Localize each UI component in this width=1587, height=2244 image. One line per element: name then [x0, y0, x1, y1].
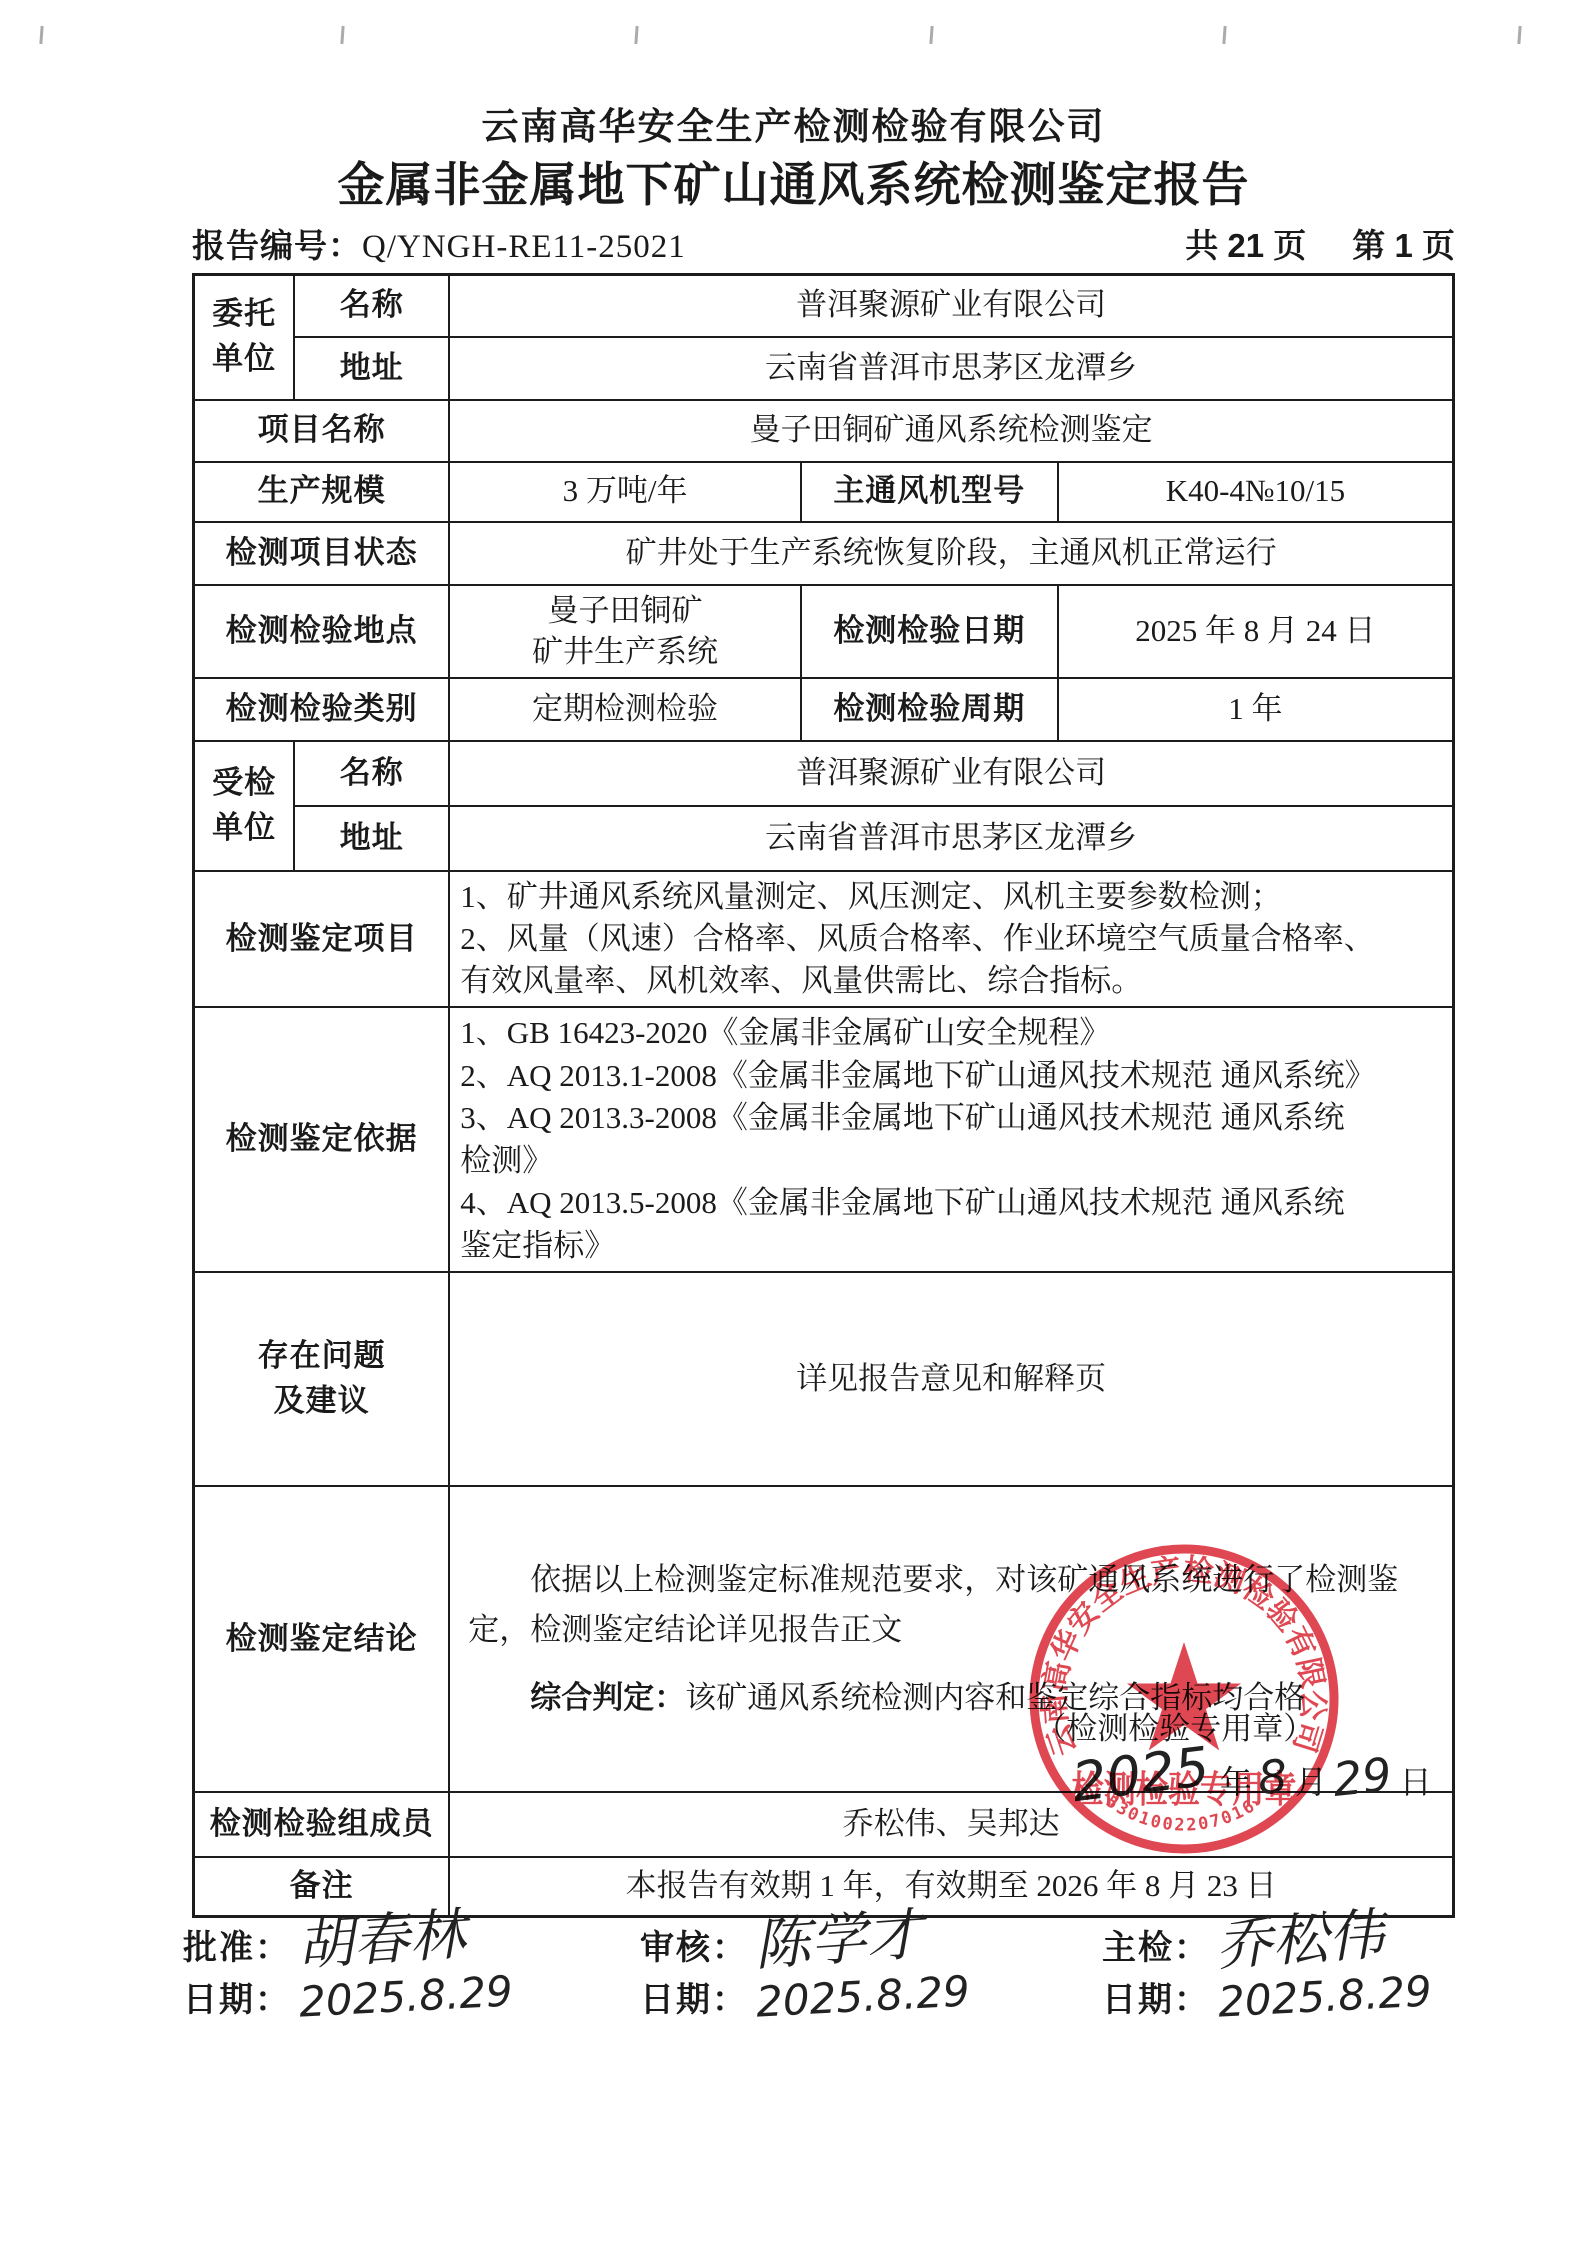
approve-signature-handwritten: 胡春林: [294, 1890, 467, 1982]
basis-label: 检测鉴定依据: [194, 1007, 450, 1272]
inspected-unit-label-line2: 单位: [205, 806, 283, 851]
scale-value: 3 万吨/年: [449, 462, 801, 522]
basis-line2: 2、AQ 2013.1-2008《金属非金属地下矿山通风技术规范 通风系统》: [460, 1055, 1442, 1098]
basis-line5: 4、AQ 2013.5-2008《金属非金属地下矿山通风技术规范 通风系统: [460, 1182, 1442, 1225]
chief-signature-handwritten: 乔松伟: [1213, 1890, 1386, 1982]
seal-date-day-char: 日: [1400, 1761, 1432, 1803]
conclusion-label: 检测鉴定结论: [194, 1486, 450, 1792]
scan-tick: [929, 26, 933, 44]
row-project-name: 项目名称 曼子田铜矿通风系统检测鉴定: [194, 400, 1454, 462]
signature-block: 批准： 胡春林 日期： 2025.8.29 审核： 陈学才 日期： 2025.8…: [0, 1896, 1587, 2116]
conclusion-value: 依据以上检测鉴定标准规范要求，对该矿通风系统进行了检测鉴定，检测鉴定结论详见报告…: [449, 1486, 1453, 1792]
location-label: 检测检验地点: [194, 585, 450, 679]
scan-tick: [39, 26, 43, 44]
report-form-table: 委托 单位 名称 普洱聚源矿业有限公司 地址 云南省普洱市思茅区龙潭乡 项目名称…: [192, 273, 1455, 1918]
client-unit-label-line2: 单位: [205, 337, 283, 382]
project-name-label: 项目名称: [194, 400, 450, 462]
scan-tick: [340, 26, 344, 44]
client-name-label: 名称: [294, 275, 449, 337]
client-name-value: 普洱聚源矿业有限公司: [449, 275, 1453, 337]
problems-value: 详见报告意见和解释页: [449, 1272, 1453, 1486]
review-signature-handwritten: 陈学才: [751, 1890, 924, 1982]
seal-date-month-char: 月: [1295, 1761, 1327, 1803]
current-page: 第 1 页: [1352, 220, 1455, 267]
location-line2: 矿井生产系统: [460, 631, 790, 673]
client-unit-label: 委托 单位: [194, 275, 295, 400]
status-value: 矿井处于生产系统恢复阶段，主通风机正常运行: [449, 522, 1453, 585]
inspected-name-label: 名称: [294, 741, 449, 806]
inspected-address-value: 云南省普洱市思茅区龙潭乡: [449, 806, 1453, 871]
report-number: 报告编号： Q/YNGH-RE11-25021: [192, 220, 686, 267]
chief-date-handwritten: 2025.8.29: [1217, 1966, 1433, 2026]
row-conclusion: 检测鉴定结论 依据以上检测鉴定标准规范要求，对该矿通风系统进行了检测鉴定，检测鉴…: [194, 1486, 1454, 1792]
report-number-value: Q/YNGH-RE11-25021: [362, 229, 686, 266]
basis-line4: 检测》: [460, 1140, 1442, 1183]
fan-model-value: K40-4№10/15: [1058, 462, 1454, 522]
inspected-name-value: 普洱聚源矿业有限公司: [449, 741, 1453, 806]
category-label: 检测检验类别: [194, 678, 450, 741]
review-date-label: 日期：: [640, 1972, 748, 2021]
total-pages: 共 21 页: [1185, 220, 1306, 267]
client-address-label: 地址: [294, 337, 449, 400]
inspected-unit-label: 受检 单位: [194, 741, 295, 871]
chief-inspector-signature-group: 主检： 乔松伟 日期： 2025.8.29: [1102, 1896, 1432, 2021]
cycle-label: 检测检验周期: [801, 678, 1058, 741]
inspected-unit-label-line1: 受检: [205, 761, 283, 806]
seal-date-month-handwritten: 8: [1255, 1746, 1289, 1809]
row-scale-fan: 生产规模 3 万吨/年 主通风机型号 K40-4№10/15: [194, 462, 1454, 522]
basis-line1: 1、GB 16423-2020《金属非金属矿山安全规程》: [460, 1012, 1442, 1055]
review-label: 审核：: [640, 1920, 748, 1969]
seal-date-year-handwritten: 2025: [1068, 1731, 1213, 1818]
scan-tick: [1222, 26, 1226, 44]
inspected-address-label: 地址: [294, 806, 449, 871]
scale-label: 生产规模: [194, 462, 450, 522]
row-client-name: 委托 单位 名称 普洱聚源矿业有限公司: [194, 275, 1454, 337]
items-label: 检测鉴定项目: [194, 871, 450, 1007]
report-page: 云南高华安全生产检测检验有限公司 金属非金属地下矿山通风系统检测鉴定报告 报告编…: [0, 0, 1587, 2244]
conclusion-paragraph: 依据以上检测鉴定标准规范要求，对该矿通风系统进行了检测鉴定，检测鉴定结论详见报告…: [460, 1555, 1442, 1655]
row-inspected-name: 受检 单位 名称 普洱聚源矿业有限公司: [194, 741, 1454, 806]
basis-value: 1、GB 16423-2020《金属非金属矿山安全规程》 2、AQ 2013.1…: [449, 1007, 1453, 1272]
items-line3: 有效风量率、风机效率、风量供需比、综合指标。: [460, 960, 1442, 1002]
status-label: 检测项目状态: [194, 522, 450, 585]
location-value: 曼子田铜矿 矿井生产系统: [449, 585, 801, 679]
scan-tick: [634, 26, 638, 44]
report-title: 金属非金属地下矿山通风系统检测鉴定报告: [0, 148, 1587, 215]
scan-tick: [1517, 26, 1521, 44]
chief-date-label: 日期：: [1102, 1972, 1210, 2021]
row-category-cycle: 检测检验类别 定期检测检验 检测检验周期 1 年: [194, 678, 1454, 741]
items-value: 1、矿井通风系统风量测定、风压测定、风机主要参数检测； 2、风量（风速）合格率、…: [449, 871, 1453, 1007]
inspection-date-label: 检测检验日期: [801, 585, 1058, 679]
inspection-date-value: 2025 年 8 月 24 日: [1058, 585, 1454, 679]
row-problems: 存在问题 及建议 详见报告意见和解释页: [194, 1272, 1454, 1486]
approver-signature-group: 批准： 胡春林 日期： 2025.8.29: [183, 1896, 513, 2021]
location-line1: 曼子田铜矿: [460, 590, 790, 632]
row-items: 检测鉴定项目 1、矿井通风系统风量测定、风压测定、风机主要参数检测； 2、风量（…: [194, 871, 1454, 1007]
row-basis: 检测鉴定依据 1、GB 16423-2020《金属非金属矿山安全规程》 2、AQ…: [194, 1007, 1454, 1272]
chief-label: 主检：: [1102, 1920, 1210, 1969]
team-label: 检测检验组成员: [194, 1792, 450, 1857]
row-status: 检测项目状态 矿井处于生产系统恢复阶段，主通风机正常运行: [194, 522, 1454, 585]
company-name: 云南高华安全生产检测检验有限公司: [0, 96, 1587, 150]
seal-date-year-char: 年: [1220, 1761, 1252, 1803]
page-indicator: 共 21 页 第 1 页: [1185, 220, 1455, 267]
verdict-label: 综合判定：: [530, 1680, 685, 1715]
reviewer-signature-group: 审核： 陈学才 日期： 2025.8.29: [640, 1896, 970, 2021]
seal-date-day-handwritten: 29: [1330, 1744, 1395, 1811]
row-location-date: 检测检验地点 曼子田铜矿 矿井生产系统 检测检验日期 2025 年 8 月 24…: [194, 585, 1454, 679]
approve-date-handwritten: 2025.8.29: [298, 1966, 514, 2026]
items-line2: 2、风量（风速）合格率、风质合格率、作业环境空气质量合格率、: [460, 918, 1442, 960]
items-line1: 1、矿井通风系统风量测定、风压测定、风机主要参数检测；: [460, 876, 1442, 918]
seal-date: 2025 年 8 月 29 日: [1072, 1739, 1437, 1810]
approve-label: 批准：: [183, 1920, 291, 1969]
approve-date-label: 日期：: [183, 1972, 291, 2021]
basis-line6: 鉴定指标》: [460, 1225, 1442, 1268]
report-meta-row: 报告编号： Q/YNGH-RE11-25021 共 21 页 第 1 页: [192, 220, 1455, 267]
problems-label-line2: 及建议: [205, 1379, 438, 1424]
problems-label: 存在问题 及建议: [194, 1272, 450, 1486]
project-name-value: 曼子田铜矿通风系统检测鉴定: [449, 400, 1453, 462]
row-inspected-address: 地址 云南省普洱市思茅区龙潭乡: [194, 806, 1454, 871]
fan-model-label: 主通风机型号: [801, 462, 1058, 522]
basis-line3: 3、AQ 2013.3-2008《金属非金属地下矿山通风技术规范 通风系统: [460, 1097, 1442, 1140]
category-value: 定期检测检验: [449, 678, 801, 741]
report-number-label: 报告编号：: [192, 220, 362, 267]
review-date-handwritten: 2025.8.29: [755, 1966, 971, 2026]
cycle-value: 1 年: [1058, 678, 1454, 741]
client-address-value: 云南省普洱市思茅区龙潭乡: [449, 337, 1453, 400]
problems-label-line1: 存在问题: [205, 1334, 438, 1379]
client-unit-label-line1: 委托: [205, 292, 283, 337]
row-client-address: 地址 云南省普洱市思茅区龙潭乡: [194, 337, 1454, 400]
